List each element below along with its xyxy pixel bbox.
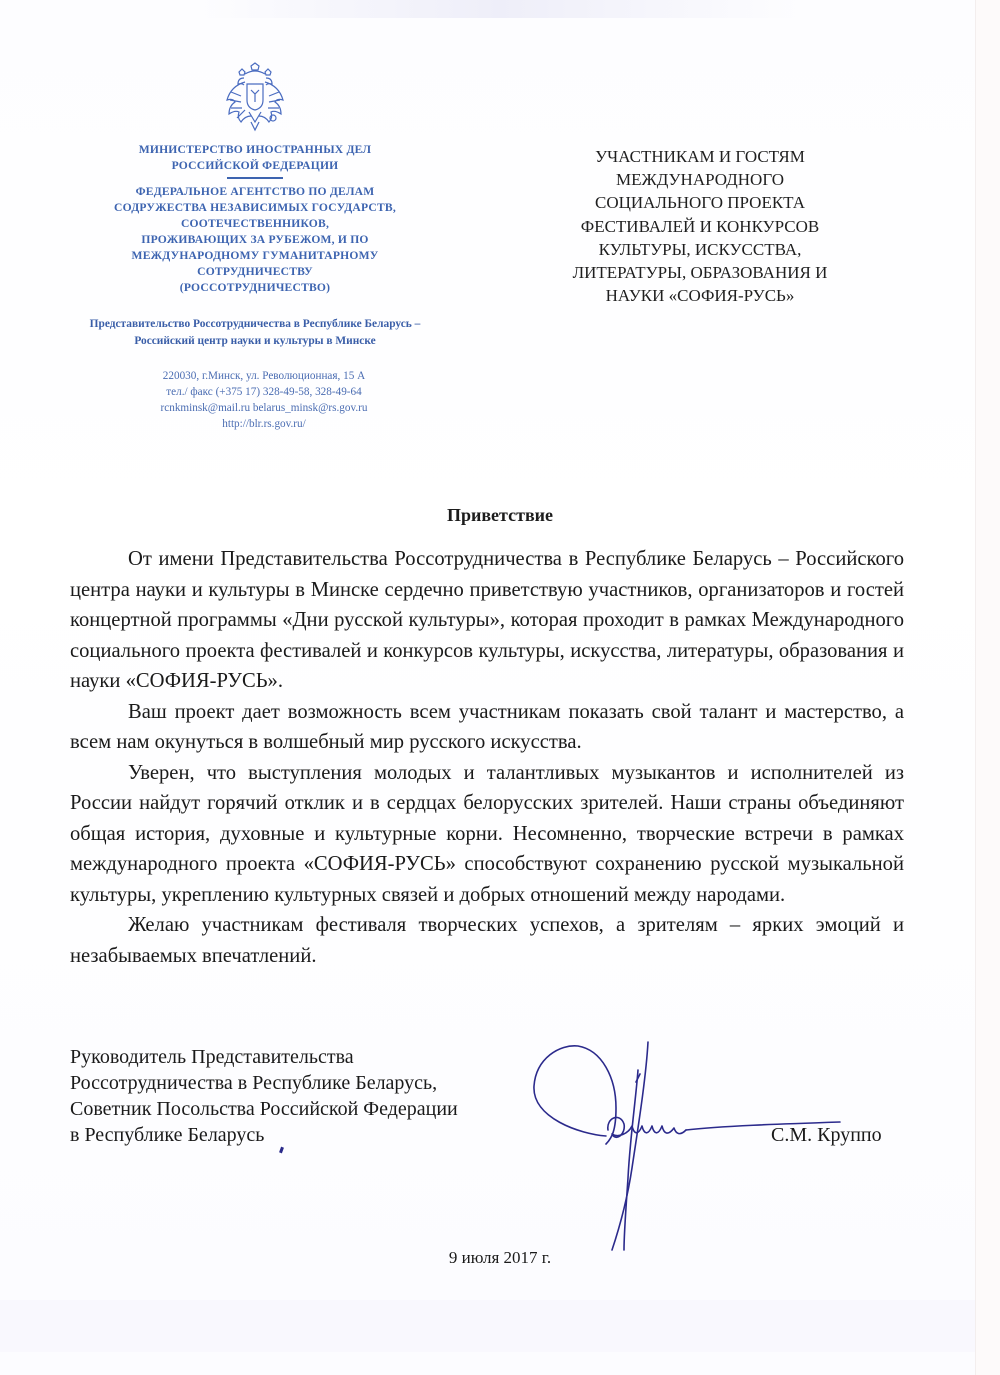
body-paragraph: Желаю участникам фестиваля творческих ус… xyxy=(70,910,904,971)
addressee-block: УЧАСТНИКАМ И ГОСТЯМ МЕЖДУНАРОДНОГО СОЦИА… xyxy=(545,145,855,307)
ink-mark xyxy=(279,1147,284,1154)
scan-shadow xyxy=(200,0,800,18)
agency-name: ФЕДЕРАЛЬНОЕ АГЕНТСТВО ПО ДЕЛАМ СОДРУЖЕСТ… xyxy=(60,184,450,296)
letter-date: 9 июля 2017 г. xyxy=(0,1248,1000,1268)
ministry-name: МИНИСТЕРСТВО ИНОСТРАННЫХ ДЕЛ РОССИЙСКОЙ … xyxy=(60,142,450,174)
office-phone: тел./ факс (+375 17) 328-49-58, 328-49-6… xyxy=(78,384,450,400)
office-name: Представительство Россотрудничества в Ре… xyxy=(60,316,450,350)
paper-edge xyxy=(975,0,1000,1375)
signatory-position: Руководитель Представительства Россотруд… xyxy=(70,1044,540,1148)
letter-body: От имени Представительства Россотрудниче… xyxy=(70,544,904,971)
body-paragraph: Ваш проект дает возможность всем участни… xyxy=(70,697,904,758)
office-address: 220030, г.Минск, ул. Революционная, 15 А xyxy=(78,368,450,384)
office-contacts: 220030, г.Минск, ул. Революционная, 15 А… xyxy=(60,368,450,432)
letterhead: МИНИСТЕРСТВО ИНОСТРАННЫХ ДЕЛ РОССИЙСКОЙ … xyxy=(60,62,450,432)
letter-page: МИНИСТЕРСТВО ИНОСТРАННЫХ ДЕЛ РОССИЙСКОЙ … xyxy=(0,0,1000,1375)
double-headed-eagle-icon xyxy=(223,62,287,134)
office-website: http://blr.rs.gov.ru/ xyxy=(78,416,450,432)
body-paragraph: Уверен, что выступления молодых и талант… xyxy=(70,758,904,911)
letterhead-divider xyxy=(227,177,283,179)
office-emails: rcnkminsk@mail.ru belarus_minsk@rs.gov.r… xyxy=(78,400,450,416)
body-paragraph: От имени Представительства Россотрудниче… xyxy=(70,544,904,697)
letter-title: Приветствие xyxy=(0,505,1000,526)
scan-shadow xyxy=(0,1300,975,1352)
signatory-name: С.М. Круппо xyxy=(771,1124,882,1147)
